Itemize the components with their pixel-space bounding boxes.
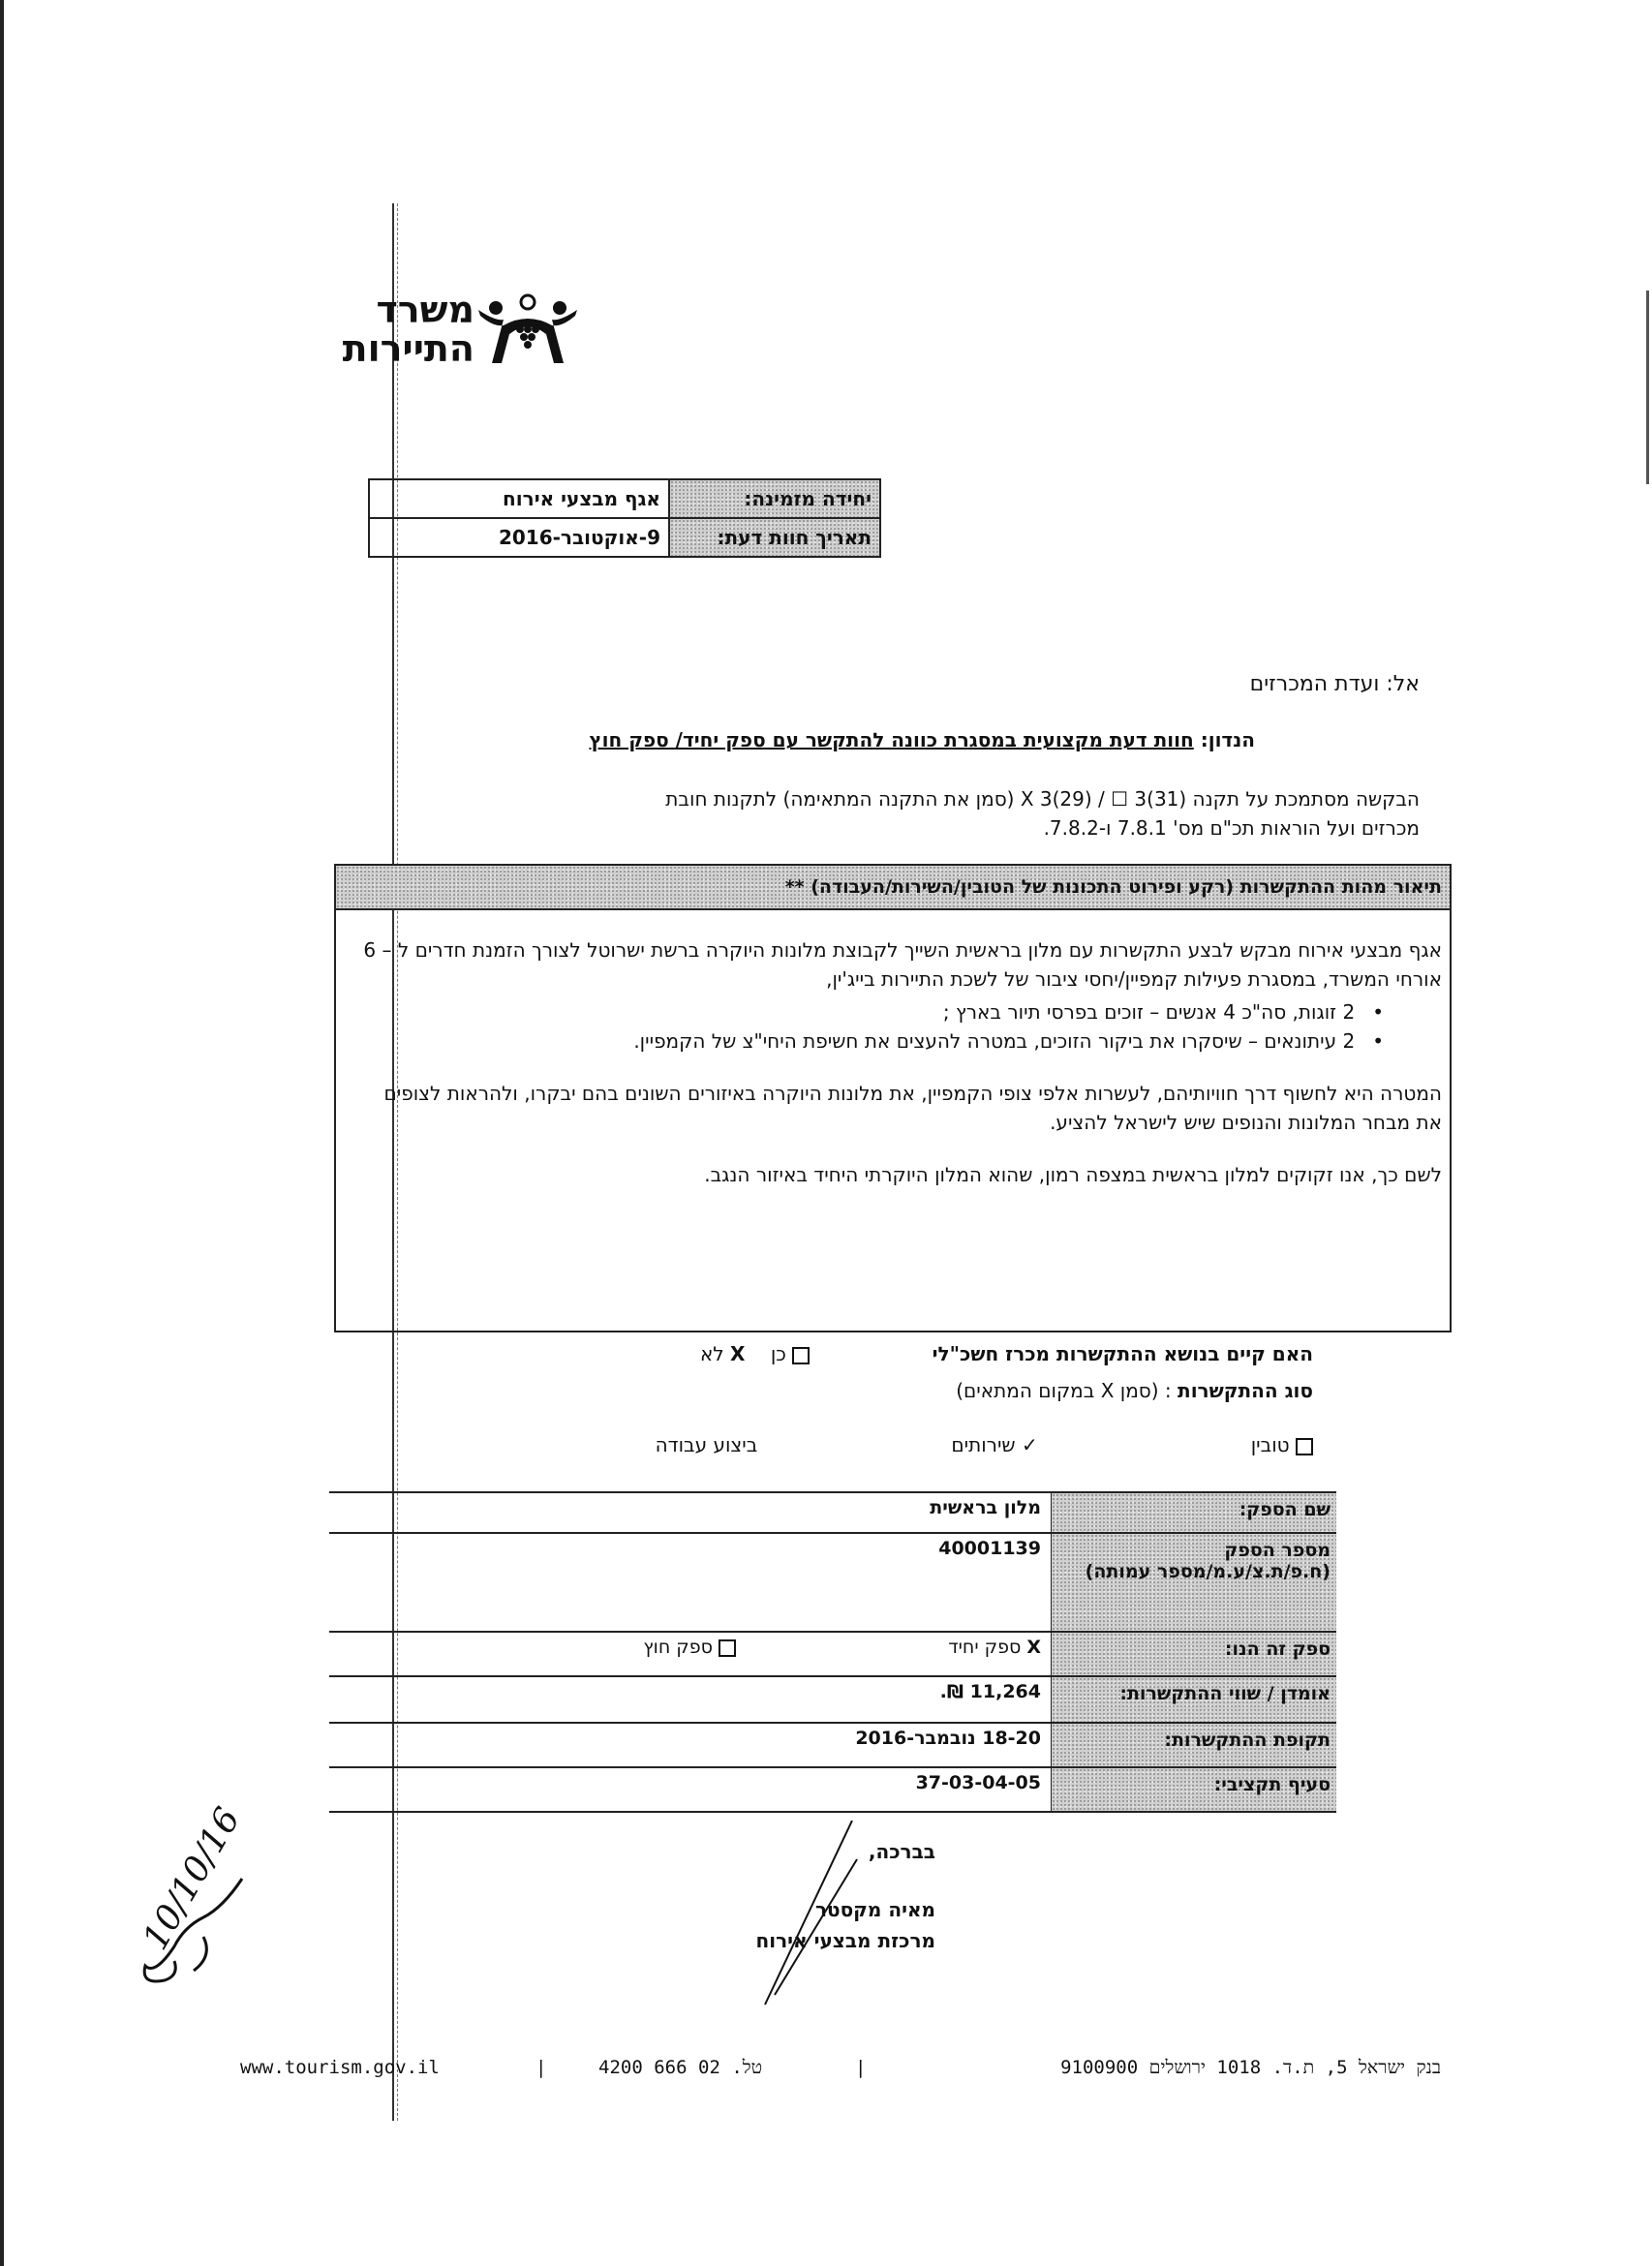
- supplier-name-value: מלון בראשית: [930, 1497, 1041, 1518]
- logo-text: משרד התיירות: [300, 291, 474, 368]
- ordering-unit-value: אגף מבצעי אירוח: [369, 479, 669, 518]
- supplier-number-row: מספר הספק (ח.פ/ת.צ/ע.מ/מספר עמותה) 40001…: [329, 1534, 1336, 1633]
- regulation-paragraph: הבקשה מסתמכת על תקנה X 3(29) / ☐ 3(31) (…: [325, 784, 1420, 842]
- x-mark-icon: X: [730, 1342, 745, 1365]
- option-services[interactable]: ✓ שירותים: [951, 1433, 1037, 1456]
- engagement-type-label: סוג ההתקשרות: [1178, 1379, 1313, 1402]
- checkbox-empty-icon[interactable]: [1296, 1438, 1313, 1455]
- subject-label: הנדון:: [1201, 728, 1255, 751]
- supplier-name-row: שם הספק: מלון בראשית: [329, 1493, 1336, 1534]
- x-mark-icon: X: [1026, 1637, 1041, 1658]
- opinion-date-label: תאריך חוות דעת:: [669, 518, 880, 557]
- meta-row-unit: יחידה מזמינה: אגף מבצעי אירוח: [369, 479, 880, 518]
- ministry-logo: משרד התיירות: [291, 291, 581, 368]
- supplier-type-foreign-label: ספק חוץ: [643, 1637, 713, 1658]
- description-paragraph-3: לשם כך, אנו זקוקים למלון בראשית במצפה רמ…: [355, 1160, 1442, 1189]
- description-box: תיאור מהות ההתקשרות (רקע ופירוט התכונות …: [334, 864, 1452, 1332]
- logo-line-2: התיירות: [300, 329, 474, 368]
- description-header: תיאור מהות ההתקשרות (רקע ופירוט התכונות …: [336, 866, 1450, 910]
- engagement-type-hint: : (סמן X במקום המתאים): [956, 1379, 1171, 1402]
- bullet-item: 2 עיתונאים – שיסקרו את ביקור הזוכים, במט…: [355, 1026, 1384, 1056]
- regulation-line-2: מכרזים ועל הוראות תכ"ם מס' 7.8.1 ו-7.8.2…: [325, 813, 1420, 842]
- handwritten-initials-icon: [136, 1869, 252, 1995]
- checkmark-icon: ✓: [1022, 1433, 1038, 1456]
- engagement-type-row: סוג ההתקשרות : (סמן X במקום המתאים): [956, 1379, 1313, 1402]
- estimate-value: 11,264 ₪.: [940, 1681, 1041, 1702]
- footer-address: בנק ישראל 5, ת.ד. 1018 ירושלים 9100900: [1060, 2057, 1441, 2079]
- people-grapes-logo-icon: [474, 291, 581, 368]
- description-body: אגף מבצעי אירוח מבקש לבצע התקשרות עם מלו…: [336, 910, 1450, 1189]
- option-goods-label: טובין: [1251, 1433, 1290, 1456]
- scan-edge: [0, 0, 4, 2266]
- footer-separator: |: [535, 2057, 546, 2078]
- checkbox-empty-icon[interactable]: [719, 1639, 736, 1657]
- scan-artifact-mark: [1646, 291, 1649, 484]
- ordering-unit-label: יחידה מזמינה:: [669, 479, 880, 518]
- supplier-type-foreign[interactable]: ספק חוץ: [643, 1637, 736, 1658]
- footer-phone: טל. 02 666 4200: [598, 2057, 762, 2079]
- tender-yes-option[interactable]: כן: [771, 1342, 810, 1365]
- tender-no-option[interactable]: X לא: [700, 1342, 746, 1365]
- supplier-type-single-label: ספק יחיד: [948, 1637, 1021, 1658]
- tender-no-label: לא: [700, 1342, 724, 1365]
- period-value: 18-20 נובמבר-2016: [855, 1728, 1041, 1749]
- estimate-row: אומדן / שווי ההתקשרות: 11,264 ₪.: [329, 1677, 1336, 1724]
- footer-website-link[interactable]: www.tourism.gov.il: [240, 2057, 440, 2078]
- subject-text: חוות דעת מקצועית במסגרת כוונה להתקשר עם …: [589, 728, 1193, 751]
- subject-line: הנדון: חוות דעת מקצועית במסגרת כוונה להת…: [589, 728, 1255, 751]
- budget-row: סעיף תקציבי: 37-03-04-05: [329, 1768, 1336, 1813]
- supplier-type-single[interactable]: X ספק יחיד: [948, 1637, 1041, 1658]
- estimate-label: אומדן / שווי ההתקשרות:: [1051, 1677, 1336, 1722]
- signature-stroke-icon: [755, 1821, 872, 2014]
- recipient-line: אל: ועדת המכרזים: [1250, 672, 1420, 696]
- period-row: תקופת ההתקשרות: 18-20 נובמבר-2016: [329, 1724, 1336, 1768]
- supplier-number-label: מספר הספק (ח.פ/ת.צ/ע.מ/מספר עמותה): [1051, 1534, 1336, 1631]
- budget-value: 37-03-04-05: [916, 1772, 1041, 1793]
- description-paragraph-1: אגף מבצעי אירוח מבקש לבצע התקשרות עם מלו…: [355, 935, 1442, 994]
- opinion-date-value: 9-אוקטובר-2016: [369, 518, 669, 557]
- bullet-item: 2 זוגות, סה"כ 4 אנשים – זוכים בפרסי תיור…: [355, 997, 1384, 1026]
- option-goods[interactable]: טובין: [1251, 1433, 1313, 1456]
- tender-yes-label: כן: [771, 1342, 786, 1365]
- option-services-label: שירותים: [951, 1433, 1015, 1456]
- supplier-name-label: שם הספק:: [1051, 1493, 1336, 1532]
- supplier-number-value: 40001139: [938, 1538, 1041, 1559]
- tender-question-row: האם קיים בנושא ההתקשרות מכרז חשכ"לי כן X…: [345, 1342, 1313, 1365]
- option-work[interactable]: ביצוע עבודה: [656, 1433, 758, 1456]
- footer-separator: |: [855, 2057, 866, 2078]
- description-bullets: 2 זוגות, סה"כ 4 אנשים – זוכים בפרסי תיור…: [355, 997, 1442, 1056]
- description-paragraph-2: המטרה היא לחשוף דרך חוויותיהם, לעשרות אל…: [355, 1079, 1442, 1137]
- budget-label: סעיף תקציבי:: [1051, 1768, 1336, 1811]
- meta-table: יחידה מזמינה: אגף מבצעי אירוח תאריך חוות…: [368, 478, 881, 558]
- logo-line-1: משרד: [300, 291, 474, 329]
- supplier-type-label: ספק זה הנו:: [1051, 1633, 1336, 1675]
- regulation-line-1: הבקשה מסתמכת על תקנה X 3(29) / ☐ 3(31) (…: [325, 784, 1420, 813]
- tender-question-label: האם קיים בנושא ההתקשרות מכרז חשכ"לי: [933, 1342, 1313, 1365]
- supplier-type-row: ספק זה הנו: X ספק יחיד ספק חוץ: [329, 1633, 1336, 1677]
- meta-row-date: תאריך חוות דעת: 9-אוקטובר-2016: [369, 518, 880, 557]
- checkbox-empty-icon[interactable]: [792, 1347, 810, 1364]
- option-work-label: ביצוע עבודה: [656, 1433, 758, 1456]
- period-label: תקופת ההתקשרות:: [1051, 1724, 1336, 1766]
- engagement-options: טובין ✓ שירותים ביצוע עבודה: [442, 1433, 1313, 1456]
